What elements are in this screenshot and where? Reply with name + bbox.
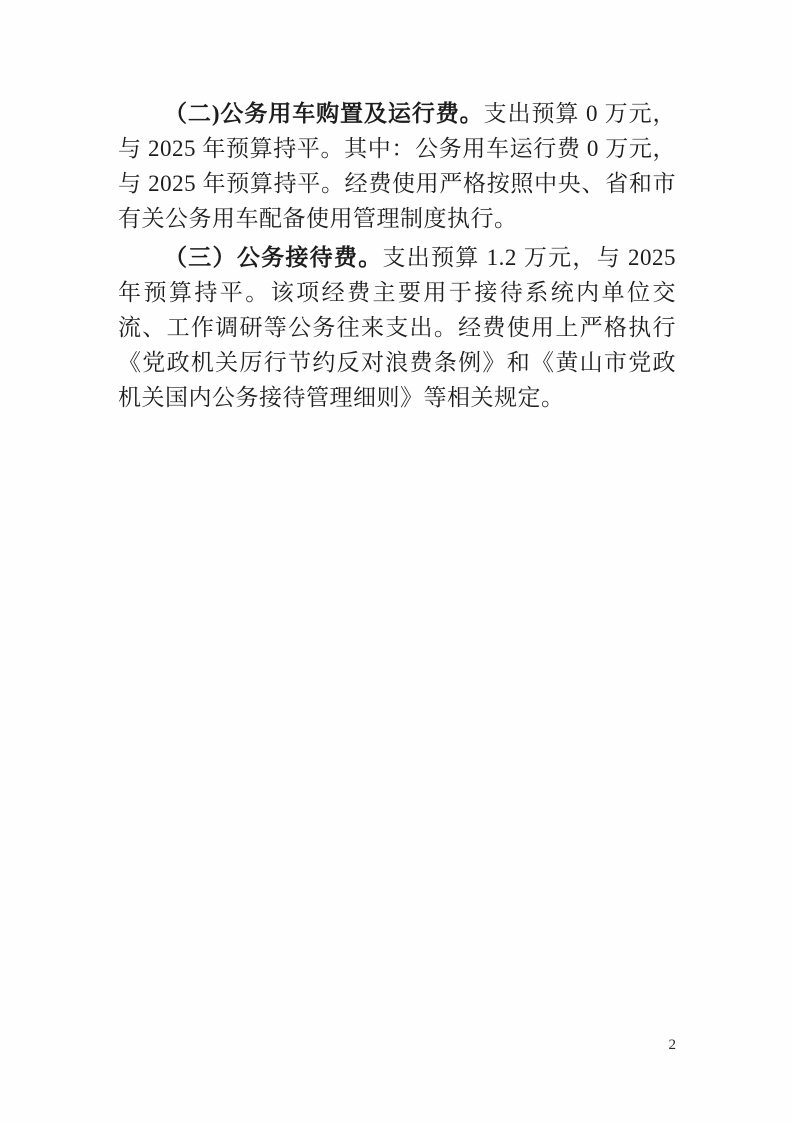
- document-body: （二)公务用车购置及运行费。支出预算 0 万元，与 2025 年预算持平。其中：…: [118, 96, 676, 415]
- paragraph-vehicle-expense: （二)公务用车购置及运行费。支出预算 0 万元，与 2025 年预算持平。其中：…: [118, 96, 676, 236]
- paragraph-reception-expense: （三）公务接待费。支出预算 1.2 万元，与 2025 年预算持平。该项经费主要…: [118, 240, 676, 415]
- document-page: （二)公务用车购置及运行费。支出预算 0 万元，与 2025 年预算持平。其中：…: [0, 0, 793, 1122]
- page-number: 2: [669, 1036, 677, 1054]
- paragraph-heading: （三）公务接待费。: [164, 245, 382, 270]
- paragraph-heading: （二)公务用车购置及运行费。: [164, 101, 484, 126]
